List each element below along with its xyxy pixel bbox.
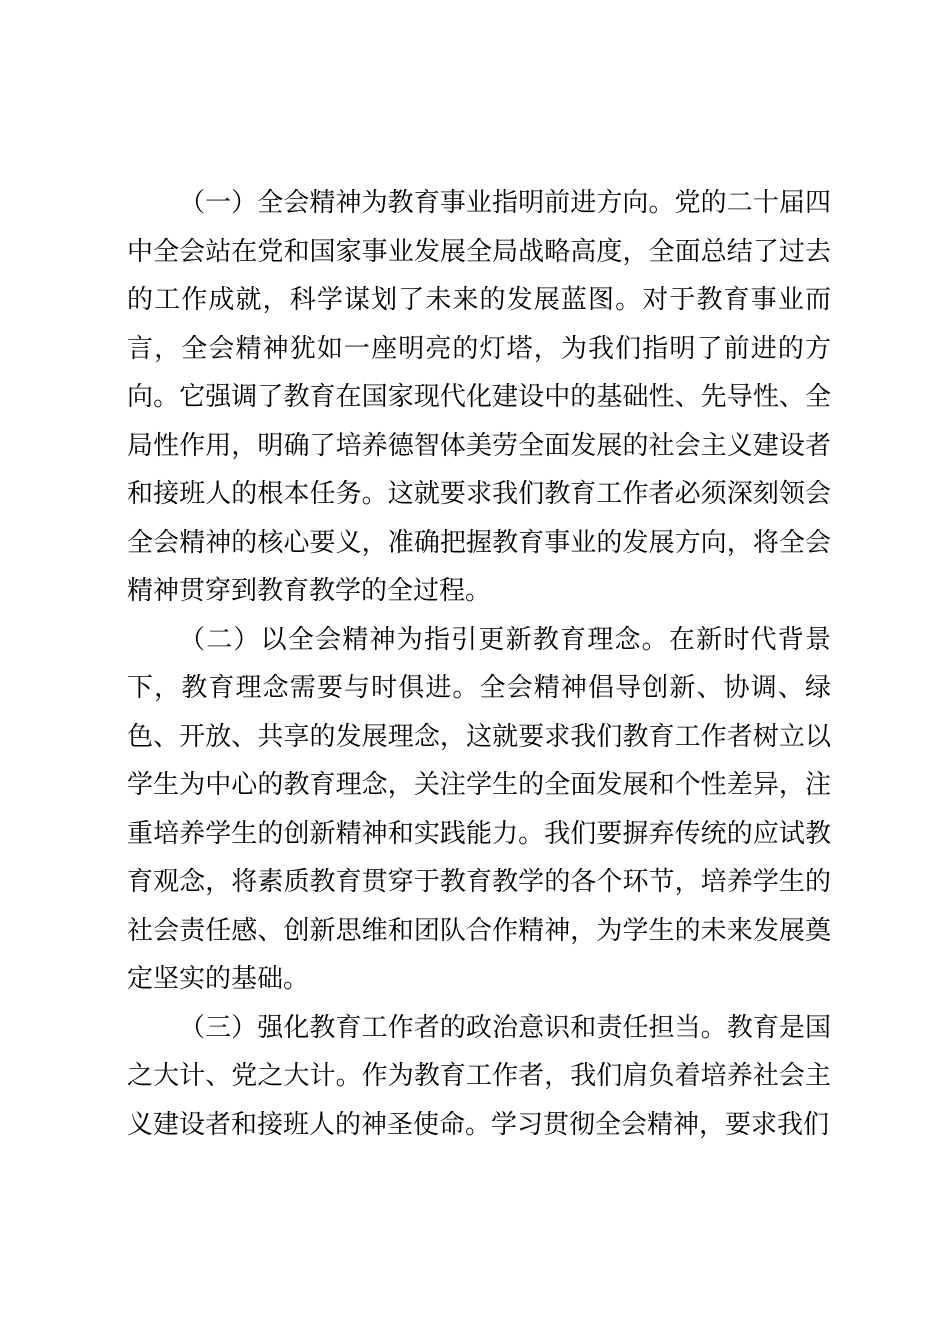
paragraph-1: （一）全会精神为教育事业指明前进方向。党的二十届四中全会站在党和国家事业发展全局…: [127, 178, 831, 615]
paragraph-3: （三）强化教育工作者的政治意识和责任担当。教育是国之大计、党之大计。作为教育工作…: [127, 1003, 831, 1149]
document-page: （一）全会精神为教育事业指明前进方向。党的二十届四中全会站在党和国家事业发展全局…: [0, 0, 950, 1344]
paragraph-2: （二）以全会精神为指引更新教育理念。在新时代背景下，教育理念需要与时俱进。全会精…: [127, 615, 831, 1003]
